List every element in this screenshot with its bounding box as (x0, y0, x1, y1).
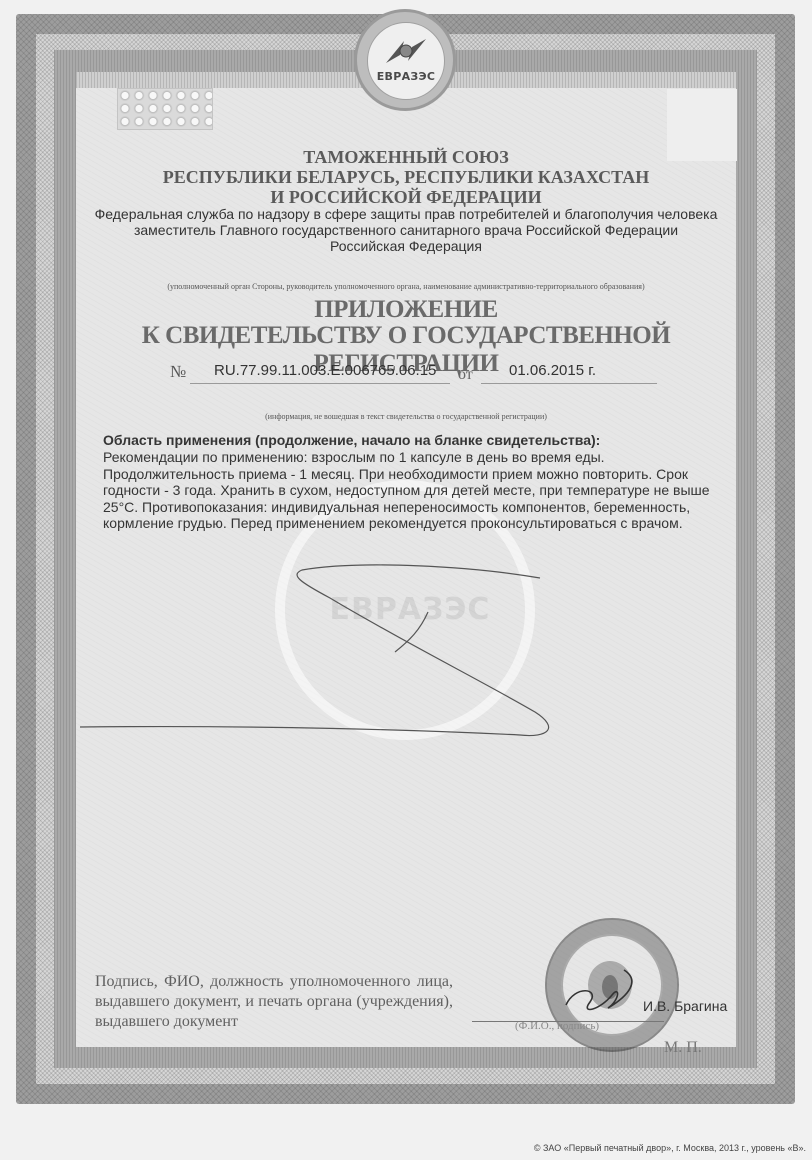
date-prefix: от (458, 366, 473, 388)
printer-imprint: © ЗАО «Первый печатный двор», г. Москва,… (534, 1143, 806, 1153)
signer-caption: (Ф.И.О., подпись) (515, 1020, 599, 1032)
hologram-patch (117, 88, 213, 130)
seal-place-label: М. П. (664, 1039, 702, 1057)
registration-number: RU.77.99.11.003.Е.006765.06.15 (190, 362, 450, 384)
union-title-line1: ТАМОЖЕННЫЙ СОЮЗ (76, 147, 736, 167)
authority-line3: Российская Федерация (76, 238, 736, 254)
scope-paragraph: Рекомендации по применению: взрослым по … (103, 449, 733, 532)
registration-date: 01.06.2015 г. (481, 362, 657, 384)
evrazes-logo-icon (384, 37, 428, 65)
emblem-disc: ЕВРАЗЭС (367, 22, 445, 100)
double-headed-eagle-icon (583, 955, 637, 1015)
authority-line1: Федеральная служба по надзору в сфере за… (76, 206, 736, 222)
registration-caption: (информация, не вошедшая в текст свидете… (76, 412, 736, 421)
union-title-line3: И РОССИЙСКОЙ ФЕДЕРАЦИИ (76, 187, 736, 207)
number-sign: № (170, 362, 186, 384)
union-title-line2: РЕСПУБЛИКИ БЕЛАРУСЬ, РЕСПУБЛИКИ КАЗАХСТА… (76, 167, 736, 187)
evrazes-emblem: ЕВРАЗЭС (357, 12, 453, 108)
scope-heading: Область применения (продолжение, начало … (103, 432, 733, 449)
authority-caption: (уполномоченный орган Стороны, руководит… (76, 282, 736, 291)
signer-name: И.В. Брагина (643, 998, 727, 1014)
signature-field-label: Подпись, ФИО, должность уполномоченного … (95, 972, 453, 1032)
authority-line2: заместитель Главного государственного са… (76, 222, 736, 238)
emblem-label: ЕВРАЗЭС (368, 70, 444, 83)
document-title: ПРИЛОЖЕНИЕ (76, 296, 736, 324)
watermark-label: ЕВРАЗЭС (310, 592, 510, 627)
